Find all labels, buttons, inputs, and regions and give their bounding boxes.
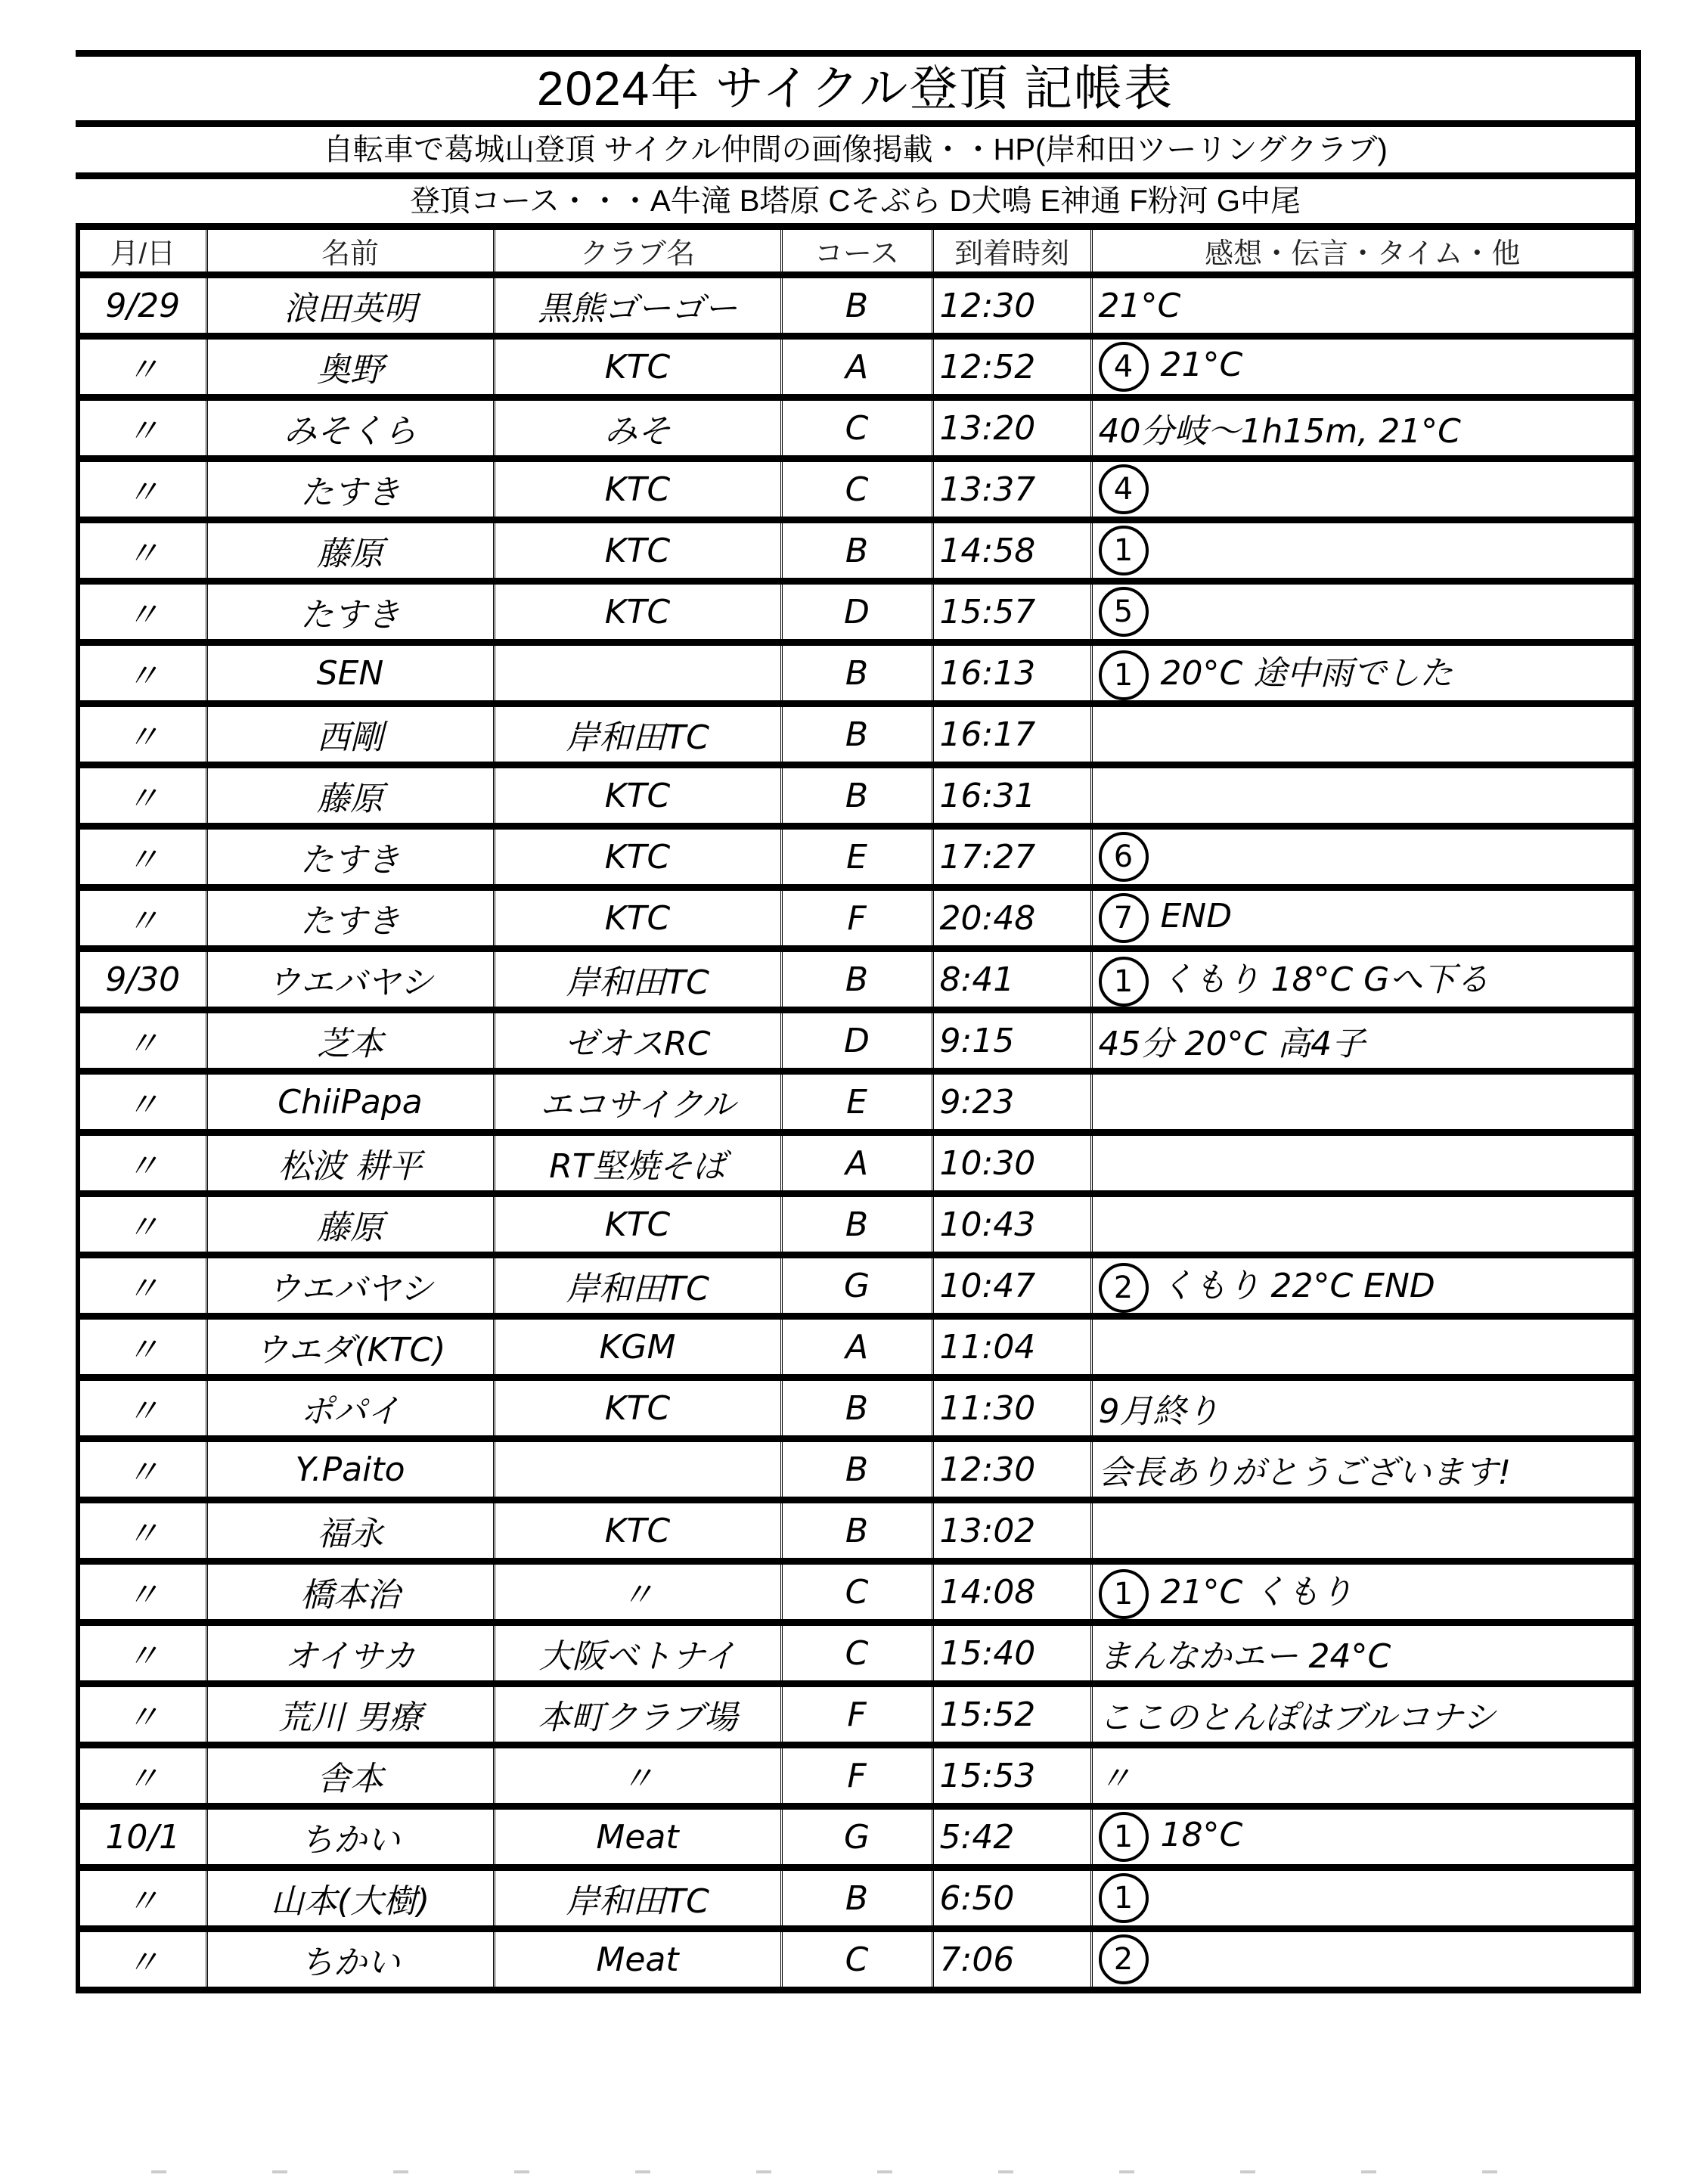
row-name: 奥野 [206, 337, 494, 398]
page-bottom-marks [151, 2170, 1588, 2173]
row-club: 岸和田TC [494, 949, 781, 1010]
row-time: 13:37 [932, 459, 1091, 520]
row-club: KTC [494, 459, 781, 520]
row-note [1091, 1194, 1634, 1255]
row-name: ちかい [206, 1807, 494, 1868]
row-club: KTC [494, 888, 781, 949]
row-note: 7END [1091, 888, 1634, 949]
row-date: 〃 [78, 1500, 206, 1562]
row-name: 松波 耕平 [206, 1133, 494, 1194]
circled-number-badge: 4 [1099, 464, 1149, 514]
note-text: 会長ありがとうございます! [1099, 1453, 1512, 1492]
table-row: 〃みそくらみそC13:2040分岐〜1h15m, 21°C [78, 398, 1634, 459]
row-date: 〃 [78, 1623, 206, 1684]
row-note: 6 [1091, 827, 1634, 888]
table-row: 〃藤原KTCB16:31 [78, 765, 1634, 827]
row-date: 10/1 [78, 1807, 206, 1868]
row-club: 黒熊ゴーゴー [494, 275, 781, 337]
note-text: 〃 [1099, 1760, 1132, 1798]
row-name: 西剛 [206, 704, 494, 765]
row-note: 2 [1091, 1929, 1634, 1990]
row-club: エコサイクル [494, 1072, 781, 1133]
row-note: 9月終り [1091, 1378, 1634, 1439]
row-club: 本町クラブ場 [494, 1684, 781, 1745]
row-club: 岸和田TC [494, 1868, 781, 1929]
table-row: 〃福永KTCB13:02 [78, 1500, 1634, 1562]
row-club: KGM [494, 1317, 781, 1378]
row-note: 21°C [1091, 275, 1634, 337]
row-course: C [781, 1562, 932, 1623]
row-name: 浪田英明 [206, 275, 494, 337]
table-row: 〃ウエバヤシ岸和田TCG10:472くもり 22°C END [78, 1255, 1634, 1317]
course-legend: 登頂コース・・・A牛滝 B塔原 Cそぶら D犬鳴 E神通 F粉河 G中尾 [76, 172, 1635, 223]
row-club: ゼオスRC [494, 1010, 781, 1072]
row-name: 福永 [206, 1500, 494, 1562]
row-date: 〃 [78, 582, 206, 643]
row-club: みそ [494, 398, 781, 459]
row-name: オイサカ [206, 1623, 494, 1684]
row-club: KTC [494, 1378, 781, 1439]
row-course: B [781, 1194, 932, 1255]
row-note [1091, 1133, 1634, 1194]
row-date: 〃 [78, 1929, 206, 1990]
note-text: 18°C [1161, 1816, 1243, 1854]
row-course: C [781, 459, 932, 520]
note-text: END [1161, 897, 1233, 935]
row-course: B [781, 765, 932, 827]
row-date: 9/29 [78, 275, 206, 337]
circled-number-badge: 1 [1099, 526, 1149, 575]
row-course: B [781, 275, 932, 337]
row-note: 4 [1091, 459, 1634, 520]
col-header-name: 名前 [206, 227, 494, 275]
row-time: 9:15 [932, 1010, 1091, 1072]
row-course: F [781, 1745, 932, 1807]
row-name: 橋本治 [206, 1562, 494, 1623]
row-date: 〃 [78, 1255, 206, 1317]
row-date: 〃 [78, 888, 206, 949]
row-date: 〃 [78, 1194, 206, 1255]
note-text: くもり 18°C Gへ下る [1161, 960, 1490, 999]
row-name: 芝本 [206, 1010, 494, 1072]
row-note [1091, 1317, 1634, 1378]
row-course: A [781, 337, 932, 398]
row-time: 11:04 [932, 1317, 1091, 1378]
table-row: 〃たすきKTCF20:487END [78, 888, 1634, 949]
row-name: 藤原 [206, 1194, 494, 1255]
row-note: まんなかエー 24°C [1091, 1623, 1634, 1684]
row-date: 〃 [78, 643, 206, 704]
row-note: 120°C 途中雨でした [1091, 643, 1634, 704]
circled-number-badge: 2 [1099, 1263, 1149, 1313]
row-club: Meat [494, 1807, 781, 1868]
row-date: 〃 [78, 704, 206, 765]
row-date: 〃 [78, 1378, 206, 1439]
row-course: C [781, 1623, 932, 1684]
row-name: 山本(大樹) [206, 1868, 494, 1929]
row-name: ウエバヤシ [206, 949, 494, 1010]
circled-number-badge: 1 [1099, 1812, 1149, 1862]
circled-number-badge: 1 [1099, 1569, 1149, 1619]
row-date: 〃 [78, 398, 206, 459]
row-name: みそくら [206, 398, 494, 459]
row-course: C [781, 398, 932, 459]
row-date: 〃 [78, 459, 206, 520]
table-row: 〃ウエダ(KTC)KGMA11:04 [78, 1317, 1634, 1378]
circled-number-badge: 1 [1099, 957, 1149, 1007]
col-header-time: 到着時刻 [932, 227, 1091, 275]
row-course: B [781, 643, 932, 704]
row-club: KTC [494, 827, 781, 888]
circled-number-badge: 4 [1099, 342, 1149, 392]
row-course: B [781, 1500, 932, 1562]
row-name: たすき [206, 582, 494, 643]
note-text: 21°C くもり [1161, 1573, 1354, 1612]
note-text: 20°C 途中雨でした [1161, 654, 1453, 693]
note-text: 40分岐〜1h15m, 21°C [1099, 412, 1461, 451]
row-time: 15:57 [932, 582, 1091, 643]
note-text: ここのとんぽはブルコナシ [1099, 1698, 1496, 1737]
row-course: F [781, 888, 932, 949]
row-date: 〃 [78, 827, 206, 888]
row-name: ウエバヤシ [206, 1255, 494, 1317]
row-club: KTC [494, 1500, 781, 1562]
row-time: 20:48 [932, 888, 1091, 949]
row-note [1091, 765, 1634, 827]
row-course: G [781, 1255, 932, 1317]
row-club: 岸和田TC [494, 704, 781, 765]
row-note: 会長ありがとうございます! [1091, 1439, 1634, 1500]
table-row: 〃山本(大樹)岸和田TCB6:501 [78, 1868, 1634, 1929]
row-time: 11:30 [932, 1378, 1091, 1439]
row-date: 〃 [78, 1133, 206, 1194]
row-time: 16:13 [932, 643, 1091, 704]
row-time: 10:47 [932, 1255, 1091, 1317]
row-time: 14:58 [932, 520, 1091, 582]
circled-number-badge: 6 [1099, 832, 1149, 882]
row-date: 〃 [78, 520, 206, 582]
row-club [494, 1439, 781, 1500]
row-date: 〃 [78, 1317, 206, 1378]
row-time: 12:30 [932, 275, 1091, 337]
row-time: 13:02 [932, 1500, 1091, 1562]
row-club: 岸和田TC [494, 1255, 781, 1317]
row-note: 5 [1091, 582, 1634, 643]
row-course: B [781, 1868, 932, 1929]
row-note: 〃 [1091, 1745, 1634, 1807]
note-text: 9月終り [1099, 1392, 1220, 1431]
row-note: 121°C くもり [1091, 1562, 1634, 1623]
row-time: 5:42 [932, 1807, 1091, 1868]
row-name: 荒川 男療 [206, 1684, 494, 1745]
table-row: 〃ChiiPapaエコサイクルE9:23 [78, 1072, 1634, 1133]
row-club: KTC [494, 1194, 781, 1255]
table-row: 〃ちかいMeatC7:062 [78, 1929, 1634, 1990]
row-name: Y.Paito [206, 1439, 494, 1500]
row-note: 1 [1091, 1868, 1634, 1929]
circled-number-badge: 5 [1099, 587, 1149, 637]
row-time: 15:53 [932, 1745, 1091, 1807]
header-row: 月/日 名前 クラブ名 コース 到着時刻 感想・伝言・タイム・他 [78, 227, 1634, 275]
row-course: B [781, 520, 932, 582]
row-club: 〃 [494, 1562, 781, 1623]
sheet-title: 2024年 サイクル登頂 記帳表 [76, 50, 1635, 120]
row-course: E [781, 1072, 932, 1133]
row-course: D [781, 582, 932, 643]
circled-number-badge: 1 [1099, 650, 1149, 700]
table-row: 〃奥野KTCA12:52421°C [78, 337, 1634, 398]
col-header-club: クラブ名 [494, 227, 781, 275]
row-date: 〃 [78, 1684, 206, 1745]
row-date: 9/30 [78, 949, 206, 1010]
table-row: 〃藤原KTCB10:43 [78, 1194, 1634, 1255]
table-row: 〃たすきKTCE17:276 [78, 827, 1634, 888]
row-time: 12:30 [932, 1439, 1091, 1500]
row-note [1091, 704, 1634, 765]
row-name: たすき [206, 459, 494, 520]
row-note: 2くもり 22°C END [1091, 1255, 1634, 1317]
row-time: 15:52 [932, 1684, 1091, 1745]
row-course: E [781, 827, 932, 888]
row-name: ポパイ [206, 1378, 494, 1439]
row-note: 1くもり 18°C Gへ下る [1091, 949, 1634, 1010]
row-club: KTC [494, 337, 781, 398]
row-date: 〃 [78, 1562, 206, 1623]
table-row: 10/1ちかいMeatG5:42118°C [78, 1807, 1634, 1868]
row-club: KTC [494, 582, 781, 643]
table-row: 〃芝本ゼオスRCD9:1545分 20°C 高4子 [78, 1010, 1634, 1072]
row-note [1091, 1072, 1634, 1133]
row-name: たすき [206, 827, 494, 888]
note-text: まんなかエー 24°C [1099, 1637, 1391, 1676]
row-time: 6:50 [932, 1868, 1091, 1929]
circled-number-badge: 2 [1099, 1934, 1149, 1984]
table-row: 〃松波 耕平RT堅焼そばA10:30 [78, 1133, 1634, 1194]
table-row: 〃たすきKTCD15:575 [78, 582, 1634, 643]
row-date: 〃 [78, 1072, 206, 1133]
note-text: くもり 22°C END [1161, 1267, 1435, 1305]
row-name: ちかい [206, 1929, 494, 1990]
row-name: 藤原 [206, 520, 494, 582]
row-note: 118°C [1091, 1807, 1634, 1868]
col-header-course: コース [781, 227, 932, 275]
row-club: KTC [494, 765, 781, 827]
log-table: 月/日 名前 クラブ名 コース 到着時刻 感想・伝言・タイム・他 9/29浪田英… [76, 223, 1635, 1993]
row-course: B [781, 1378, 932, 1439]
row-club: Meat [494, 1929, 781, 1990]
row-course: B [781, 1439, 932, 1500]
row-date: 〃 [78, 1010, 206, 1072]
row-course: G [781, 1807, 932, 1868]
row-time: 15:40 [932, 1623, 1091, 1684]
log-body: 9/29浪田英明黒熊ゴーゴーB12:3021°C〃奥野KTCA12:52421°… [78, 275, 1634, 1990]
circled-number-badge: 7 [1099, 893, 1149, 943]
table-row: 9/30ウエバヤシ岸和田TCB8:411くもり 18°C Gへ下る [78, 949, 1634, 1010]
circled-number-badge: 1 [1099, 1873, 1149, 1923]
row-course: D [781, 1010, 932, 1072]
row-name: SEN [206, 643, 494, 704]
row-date: 〃 [78, 1868, 206, 1929]
row-note: 45分 20°C 高4子 [1091, 1010, 1634, 1072]
row-time: 10:30 [932, 1133, 1091, 1194]
row-club [494, 643, 781, 704]
table-row: 〃Y.PaitoB12:30会長ありがとうございます! [78, 1439, 1634, 1500]
row-time: 13:20 [932, 398, 1091, 459]
table-row: 〃舎本〃F15:53〃 [78, 1745, 1634, 1807]
row-course: B [781, 949, 932, 1010]
row-time: 8:41 [932, 949, 1091, 1010]
row-course: B [781, 704, 932, 765]
row-note [1091, 1500, 1634, 1562]
row-name: ChiiPapa [206, 1072, 494, 1133]
row-note: ここのとんぽはブルコナシ [1091, 1684, 1634, 1745]
col-header-note: 感想・伝言・タイム・他 [1091, 227, 1634, 275]
row-name: ウエダ(KTC) [206, 1317, 494, 1378]
row-course: F [781, 1684, 932, 1745]
row-time: 12:52 [932, 337, 1091, 398]
col-header-date: 月/日 [78, 227, 206, 275]
row-time: 16:17 [932, 704, 1091, 765]
row-club: RT堅焼そば [494, 1133, 781, 1194]
sign-in-sheet: 2024年 サイクル登頂 記帳表 自転車で葛城山登頂 サイクル仲間の画像掲載・・… [76, 50, 1641, 1993]
note-text: 45分 20°C 高4子 [1099, 1025, 1366, 1063]
table-row: 〃荒川 男療本町クラブ場F15:52ここのとんぽはブルコナシ [78, 1684, 1634, 1745]
row-date: 〃 [78, 337, 206, 398]
table-row: 〃たすきKTCC13:374 [78, 459, 1634, 520]
table-row: 〃西剛岸和田TCB16:17 [78, 704, 1634, 765]
row-club: 大阪ベトナイ [494, 1623, 781, 1684]
row-time: 14:08 [932, 1562, 1091, 1623]
row-date: 〃 [78, 1439, 206, 1500]
table-row: 〃ポパイKTCB11:309月終り [78, 1378, 1634, 1439]
row-time: 17:27 [932, 827, 1091, 888]
table-row: 9/29浪田英明黒熊ゴーゴーB12:3021°C [78, 275, 1634, 337]
row-club: 〃 [494, 1745, 781, 1807]
table-row: 〃オイサカ大阪ベトナイC15:40まんなかエー 24°C [78, 1623, 1634, 1684]
row-time: 10:43 [932, 1194, 1091, 1255]
row-club: KTC [494, 520, 781, 582]
table-row: 〃藤原KTCB14:581 [78, 520, 1634, 582]
row-time: 9:23 [932, 1072, 1091, 1133]
row-name: 舎本 [206, 1745, 494, 1807]
row-note: 1 [1091, 520, 1634, 582]
row-time: 7:06 [932, 1929, 1091, 1990]
row-course: C [781, 1929, 932, 1990]
table-row: 〃橋本治〃C14:08121°C くもり [78, 1562, 1634, 1623]
row-time: 16:31 [932, 765, 1091, 827]
row-note: 40分岐〜1h15m, 21°C [1091, 398, 1634, 459]
row-name: たすき [206, 888, 494, 949]
row-date: 〃 [78, 765, 206, 827]
row-course: A [781, 1317, 932, 1378]
sheet-subtitle: 自転車で葛城山登頂 サイクル仲間の画像掲載・・HP(岸和田ツーリングクラブ) [76, 120, 1635, 172]
note-text: 21°C [1099, 287, 1181, 325]
row-note: 421°C [1091, 337, 1634, 398]
table-row: 〃SENB16:13120°C 途中雨でした [78, 643, 1634, 704]
row-course: A [781, 1133, 932, 1194]
row-date: 〃 [78, 1745, 206, 1807]
row-name: 藤原 [206, 765, 494, 827]
note-text: 21°C [1161, 346, 1243, 384]
